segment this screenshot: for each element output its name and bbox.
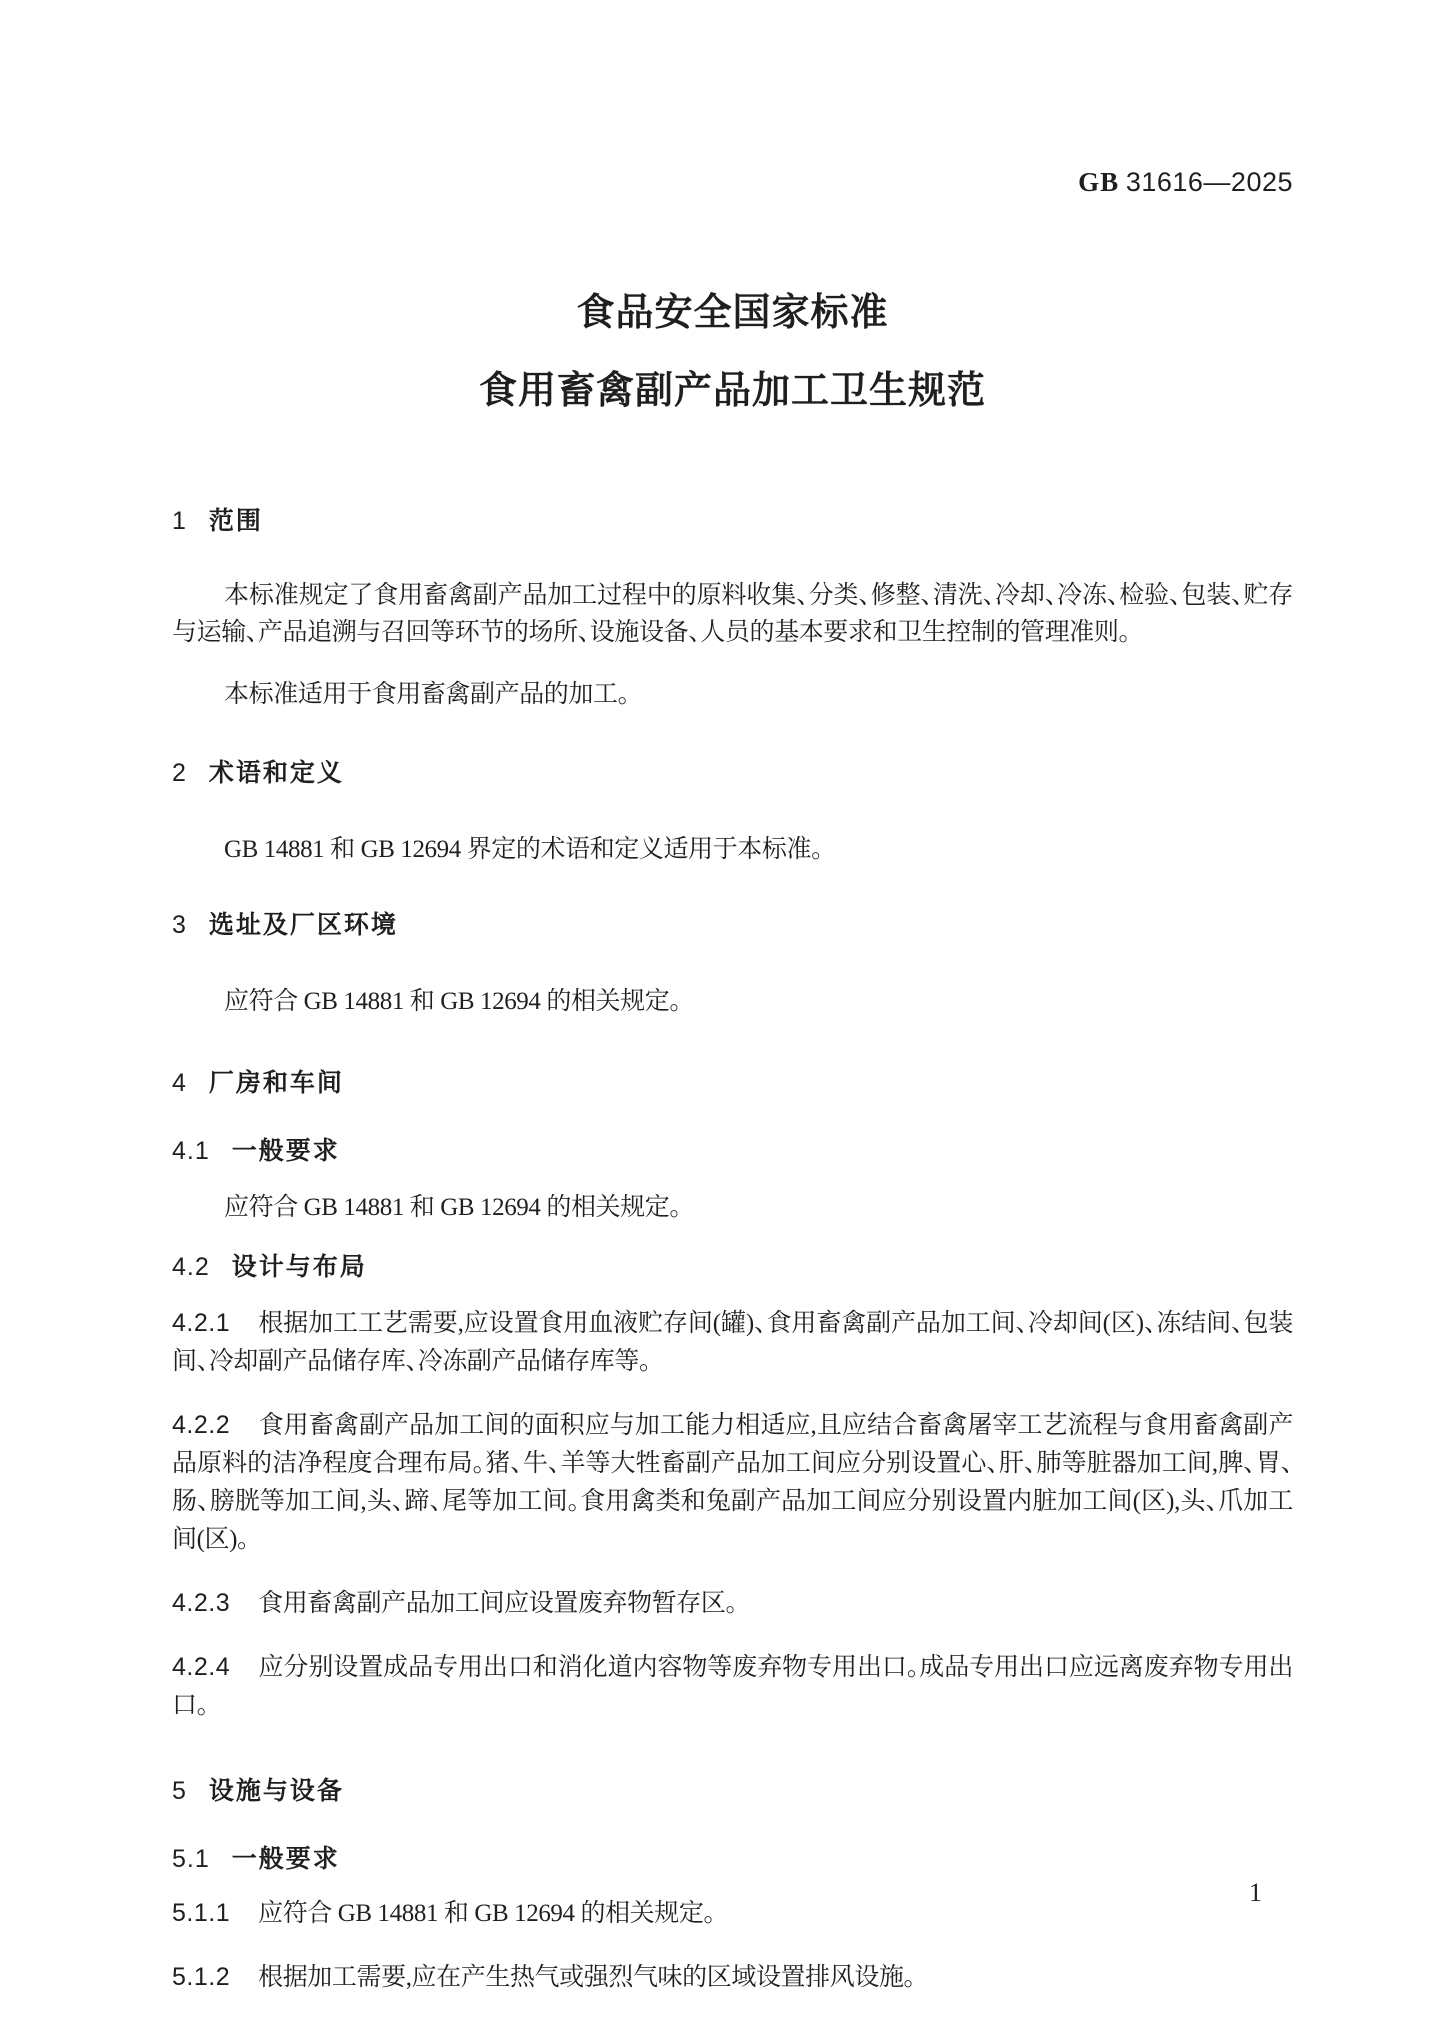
- clause-5-1-2-text: 根据加工需要,应在产生热气或强烈气味的区域设置排风设施。: [258, 1964, 916, 1991]
- section-5-title: 设施与设备: [209, 1777, 344, 1805]
- clause-4-2-4: 4.2.4应分别设置成品专用出口和消化道内容物等废弃物专用出口。成品专用出口应远…: [172, 1648, 1293, 1725]
- subsection-4-1-heading: 4.1一般要求: [172, 1135, 1293, 1167]
- clause-5-1-1-number: 5.1.1: [172, 1899, 230, 1927]
- section-4-title: 厂房和车间: [209, 1069, 344, 1097]
- section-4-heading: 4厂房和车间: [172, 1067, 1293, 1099]
- section-2-number: 2: [172, 759, 187, 787]
- section-1-paragraph-1: 本标准规定了食用畜禽副产品加工过程中的原料收集、分类、修整、清洗、冷却、冷冻、检…: [172, 577, 1293, 651]
- clause-5-1-2-number: 5.1.2: [172, 1963, 230, 1991]
- clause-5-1-1: 5.1.1应符合 GB 14881 和 GB 12694 的相关规定。: [172, 1894, 1293, 1933]
- clause-4-2-1-text: 根据加工工艺需要,应设置食用血液贮存间(罐)、食用畜禽副产品加工间、冷却间(区)…: [172, 1310, 1293, 1375]
- subsection-5-1-title: 一般要求: [232, 1845, 340, 1873]
- clause-4-2-4-number: 4.2.4: [172, 1653, 230, 1681]
- section-1-number: 1: [172, 507, 187, 535]
- subsection-4-1-title: 一般要求: [232, 1137, 340, 1165]
- subsection-4-1-paragraph-1: 应符合 GB 14881 和 GB 12694 的相关规定。: [172, 1189, 1293, 1226]
- standard-document-page: GB 31616—2025 食品安全国家标准 食用畜禽副产品加工卫生规范 1范围…: [0, 0, 1445, 2044]
- clause-4-2-4-text: 应分别设置成品专用出口和消化道内容物等废弃物专用出口。成品专用出口应远离废弃物专…: [172, 1654, 1293, 1719]
- section-1-title: 范围: [209, 507, 263, 535]
- section-5-number: 5: [172, 1777, 187, 1805]
- clause-4-2-3: 4.2.3食用畜禽副产品加工间应设置废弃物暂存区。: [172, 1584, 1293, 1623]
- clause-5-1-2: 5.1.2根据加工需要,应在产生热气或强烈气味的区域设置排风设施。: [172, 1958, 1293, 1997]
- section-3-number: 3: [172, 911, 187, 939]
- doc-number-code: 31616—2025: [1126, 167, 1293, 197]
- subsection-4-2-title: 设计与布局: [232, 1253, 367, 1281]
- section-1-heading: 1范围: [172, 505, 1293, 537]
- clause-4-2-2-number: 4.2.2: [172, 1411, 230, 1439]
- section-3-title: 选址及厂区环境: [209, 911, 398, 939]
- section-2-heading: 2术语和定义: [172, 757, 1293, 789]
- section-3-paragraph-1: 应符合 GB 14881 和 GB 12694 的相关规定。: [172, 983, 1293, 1020]
- clause-4-2-1-number: 4.2.1: [172, 1309, 230, 1337]
- clause-4-2-3-number: 4.2.3: [172, 1589, 230, 1617]
- section-3-heading: 3选址及厂区环境: [172, 909, 1293, 941]
- subsection-5-1-number: 5.1: [172, 1845, 210, 1873]
- clause-4-2-2-text: 食用畜禽副产品加工间的面积应与加工能力相适应,且应结合畜禽屠宰工艺流程与食用畜禽…: [172, 1412, 1293, 1553]
- subsection-4-2-number: 4.2: [172, 1253, 210, 1281]
- doc-number: GB 31616—2025: [172, 166, 1293, 198]
- subsection-5-1-heading: 5.1一般要求: [172, 1843, 1293, 1875]
- clause-4-2-2: 4.2.2食用畜禽副产品加工间的面积应与加工能力相适应,且应结合畜禽屠宰工艺流程…: [172, 1406, 1293, 1559]
- section-2-paragraph-1: GB 14881 和 GB 12694 界定的术语和定义适用于本标准。: [172, 831, 1293, 868]
- section-4-number: 4: [172, 1069, 187, 1097]
- document-title-line2: 食用畜禽副产品加工卫生规范: [172, 367, 1293, 415]
- clause-5-1-1-text: 应符合 GB 14881 和 GB 12694 的相关规定。: [258, 1900, 715, 1927]
- section-2-title: 术语和定义: [209, 759, 344, 787]
- section-5-heading: 5设施与设备: [172, 1775, 1293, 1807]
- document-title-line1: 食品安全国家标准: [172, 289, 1293, 337]
- doc-number-prefix: GB: [1078, 167, 1119, 197]
- subsection-4-2-heading: 4.2设计与布局: [172, 1251, 1293, 1283]
- clause-4-2-3-text: 食用畜禽副产品加工间应设置废弃物暂存区。: [258, 1590, 738, 1617]
- subsection-4-1-number: 4.1: [172, 1137, 210, 1165]
- page-number: 1: [1249, 1878, 1262, 1908]
- section-1-paragraph-2: 本标准适用于食用畜禽副产品的加工。: [172, 676, 1293, 713]
- clause-4-2-1: 4.2.1根据加工工艺需要,应设置食用血液贮存间(罐)、食用畜禽副产品加工间、冷…: [172, 1304, 1293, 1381]
